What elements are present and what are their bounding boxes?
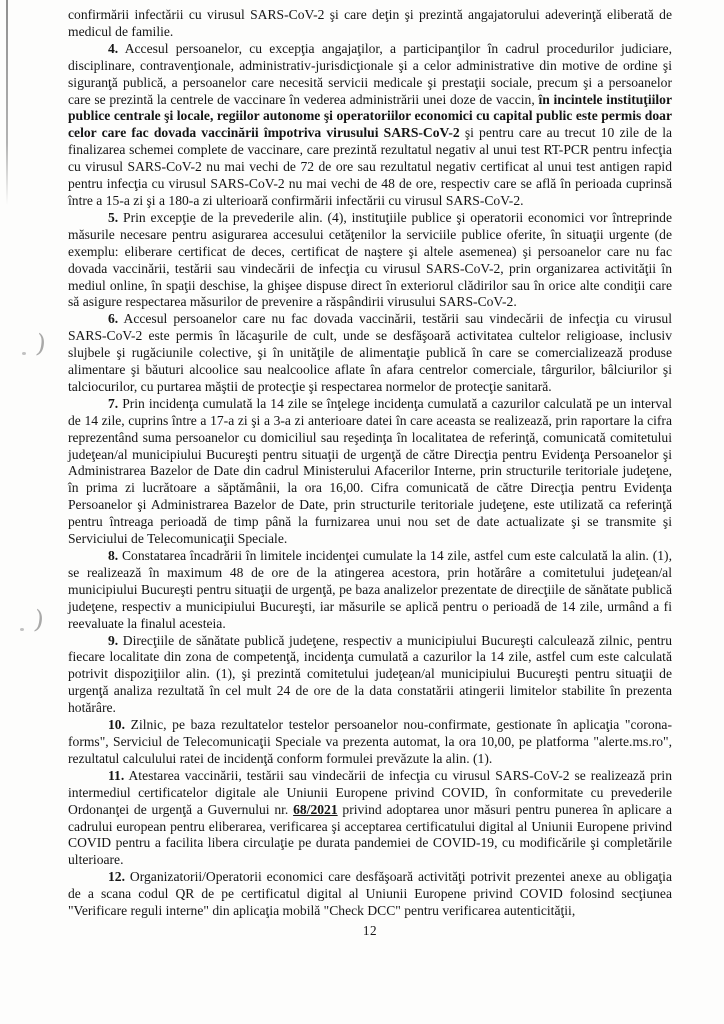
scanned-document-page: ) ) confirmării infectării cu virusul SA… xyxy=(0,0,724,1024)
paragraph-text: Prin excepţie de la prevederile alin. (4… xyxy=(68,210,672,310)
paragraph-8: 8. Constatarea încadrării în limitele in… xyxy=(68,548,672,633)
paragraph-7: 7. Prin incidenţa cumulată la 14 zile se… xyxy=(68,396,672,548)
paragraph-number: 8. xyxy=(108,548,118,563)
paragraph-text: confirmării infectării cu virusul SARS-C… xyxy=(68,7,672,39)
paragraph-12: 12. Organizatorii/Operatorii economici c… xyxy=(68,869,672,920)
paragraph-number: 12. xyxy=(108,869,125,884)
paragraph-number: 9. xyxy=(108,633,118,648)
paragraph-6: 6. Accesul persoanelor care nu fac dovad… xyxy=(68,311,672,396)
paragraph-text: Accesul persoanelor care nu fac dovada v… xyxy=(68,311,672,394)
paragraph-number: 7. xyxy=(108,396,118,411)
paragraph-4: 4. Accesul persoanelor, cu excepţia anga… xyxy=(68,41,672,210)
pen-dot-mark xyxy=(20,628,24,631)
paragraph-number: 11. xyxy=(108,768,124,783)
paragraph-number: 5. xyxy=(108,210,118,225)
paragraph-text: Constatarea încadrării în limitele incid… xyxy=(68,548,672,631)
pen-dot-mark xyxy=(22,352,26,355)
paragraph-text: Direcţiile de sănătate publică judeţene,… xyxy=(68,633,672,716)
paragraph-number: 6. xyxy=(108,311,118,326)
paragraph-5: 5. Prin excepţie de la prevederile alin.… xyxy=(68,210,672,311)
paragraph-number: 10. xyxy=(108,717,125,732)
paragraph-text: Zilnic, pe baza rezultatelor testelor pe… xyxy=(68,717,672,766)
paragraph-text: Prin incidenţa cumulată la 14 zile se în… xyxy=(68,396,672,546)
paragraph-text: Organizatorii/Operatorii economici care … xyxy=(68,869,672,918)
paragraph-10: 10. Zilnic, pe baza rezultatelor testelo… xyxy=(68,717,672,768)
page-number: 12 xyxy=(68,923,672,940)
paragraph-number: 4. xyxy=(108,41,118,56)
paragraph-11: 11. Atestarea vaccinării, testării sau v… xyxy=(68,768,672,869)
legal-reference: 68/2021 xyxy=(293,802,338,817)
paragraph-continuation: confirmării infectării cu virusul SARS-C… xyxy=(68,7,672,41)
pen-mark-icon: ) xyxy=(35,335,47,353)
scan-artifact-line xyxy=(6,0,8,205)
pen-mark-icon: ) xyxy=(33,611,45,629)
paragraph-9: 9. Direcţiile de sănătate publică judeţe… xyxy=(68,633,672,718)
